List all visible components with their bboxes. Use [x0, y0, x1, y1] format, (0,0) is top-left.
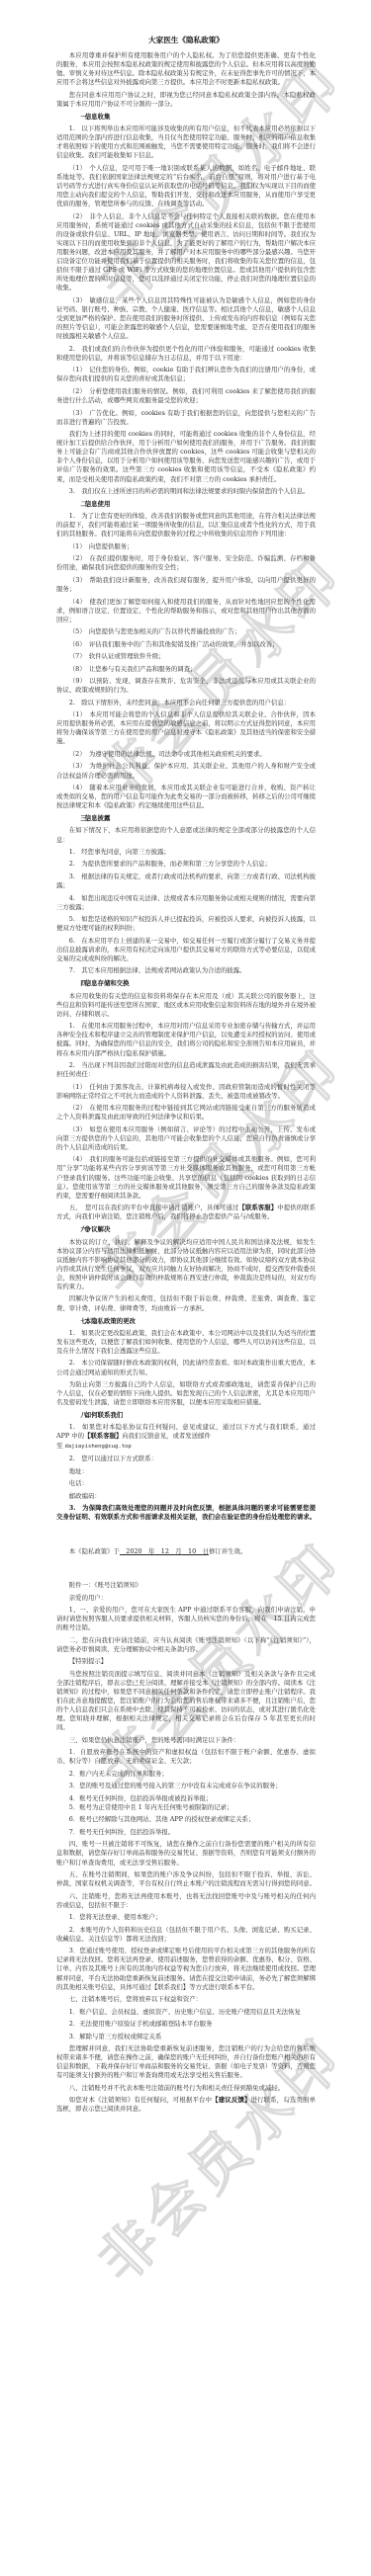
- list-item: （2） 在使用本应用服务的过程中链接到其它网站或因链接受来自第三方的服务所造成之…: [56, 1104, 316, 1122]
- paragraph: （2） 分析您使用我们服务的情况。例如，我们可利用 cookies 来了解您使用…: [56, 387, 316, 405]
- list-item: 6. 在本应用平台上创建的某一交易中，如交易任何一方履行或部分履行了交易义务并提…: [56, 937, 316, 963]
- list-item: 4. 如您出现违反中国有关法律、法规或者本应用服务协议或相关规则的情况，需要向第…: [56, 894, 316, 912]
- paragraph: 三、如果您仍执意注销账户，您的账号需同时满足以下条件：: [56, 1736, 316, 1745]
- document-title: 大家医生《隐私政策》: [56, 36, 316, 45]
- phone-label: 电话：: [56, 1479, 316, 1488]
- email-line: 至 dajiayisheng@cug.top: [56, 1442, 316, 1452]
- list-item: 3．您通过账号使用、授权登录或绑定账号后使用的平台相关或第三方的其他服务的所有记…: [56, 1947, 316, 1991]
- list-item: （4） 我们的服务可能包括或链接至第三方提供的社交媒体或其他服务。例如，您可利用…: [56, 1155, 316, 1200]
- list-item: （2） 为遵守使用的法律法规、司法命令或其他相关政府机关的要求。: [56, 750, 316, 759]
- postcode-label: 邮政编码：: [56, 1492, 316, 1501]
- paragraph: 当您按照注销页面提示填写信息、阅读并同意本《注销须知》及相关条款与条件且完成全部…: [56, 1670, 316, 1733]
- list-item: （3） 为维护社会公共利益，保护本应用、其关联企业、其他用户的人身和财产安全或合…: [56, 762, 316, 780]
- section-heading: 八、如何联系我们: [56, 1411, 316, 1420]
- list-item: （4） 使我们更加了解您如何接入和使用我们的服务，从而针对性地回应您的个性化需求…: [56, 598, 316, 624]
- list-item: （4） 随着本应用业务的发展，本应用或其关联企业有可能进行合并、收购、资产转让或…: [56, 784, 316, 810]
- paragraph: 2. 本公司保留随时修改本政策的权利，因此请经常查看。如对本政策作出重大更改，本…: [56, 1359, 316, 1376]
- paragraph: 2. 除以下情形外，未经您同意，本应用不会向任何第三方提供您的用户信息：: [56, 699, 316, 707]
- intro-paragraph: 您在同意本应用用户协议之时，即视为您已经同意本隐私权政策全部内容。本隐私权政策属…: [56, 91, 316, 109]
- paragraph: 本协议的订立、执行、解释及争议的解决均应适用中国人民共和国法律及法规，如发生本协…: [56, 1238, 316, 1292]
- section-heading: 六、争议解决: [56, 1225, 316, 1234]
- list-item: 3．解除与第三方授权或绑定关系: [56, 2033, 316, 2041]
- paragraph: 二、您在向我们申请注销前，应当认真阅读《账号注销须知》（以下称“《注销须知》”）…: [56, 1636, 316, 1654]
- paragraph: 您理解并同意，我们无法协助您重新恢复前述服务，您注销账户的行为会给您的售后维权带…: [56, 2044, 316, 2080]
- section-heading: 七、本隐私政策的更改: [56, 1317, 316, 1326]
- email-link[interactable]: dajiayisheng@cug.top: [64, 1444, 131, 1450]
- paragraph: 我们为上述目的使用 cookies 的同时，可能将通过 cookies 收集的非…: [56, 430, 316, 484]
- document-page: 大家医生《隐私政策》 本应用尊重并保护所有使用服务用户的个人隐私权。为了给您提供…: [56, 36, 316, 2118]
- feedback-link[interactable]: 【建议反馈】: [212, 2096, 250, 2104]
- paragraph: 1. 在使用本应用服务过程中，本应用对用户信息采用专业加密存储与传输方式，并运用…: [56, 1022, 316, 1057]
- paragraph: 六、注销账号，您将无法再使用本账号，也将无法找回您账号中及与账号相关的任何内容或…: [56, 1892, 316, 1910]
- list-item: 1．自愿放弃账号在系统中的资产和虚拟权益（包括但不限于账户余额、优惠券、虚拟币、…: [56, 1748, 316, 1766]
- paragraph: 七、注销本账号后，您将放弃以下权益和资产：: [56, 1995, 316, 2004]
- paragraph: 本应用收集的有关您的信息和资料将保存在本应用及（或）其关联公司的服务器上，这些信…: [56, 992, 316, 1019]
- paragraph: 2. 当出现下列非因我们过错而对您的信息造成泄露及由此造成的损害结果，我们无需承…: [56, 1061, 316, 1079]
- list-item: 6．账号已经解除与其他网站、其他 APP 的授权登录或绑定关系；: [56, 1815, 316, 1824]
- intro-paragraph: 本应用尊重并保护所有使用服务用户的个人隐私权。为了给您提供更准确、更有个性化的服…: [56, 51, 316, 87]
- list-item: （6） 评估我们服务中的广告和其他促销及推广活动的效果，并加以改善；: [56, 640, 316, 649]
- section-heading: 一、信息收集: [56, 113, 316, 122]
- list-item: （9） 以预防、发现、调查存在欺诈、危害安全、非法或违反与本应用或其关联企业的协…: [56, 677, 316, 695]
- list-item: 2. 为提供您所要求的产品和服务，而必须和第三方分享您的个人信息；: [56, 860, 316, 869]
- list-item: （1） 本应用可能会将您的个人信息和非个人信息提供给其关联企业、合作伙伴，因本应…: [56, 710, 316, 746]
- list-item: 5．账号为正常使用中且 1 年内无任何账号被限制的记录；: [56, 1803, 316, 1812]
- paragraph: 在如下情况下，本应用将依据您的个人意愿或法律的规定全部或部分的披露您的个人信息：: [56, 826, 316, 844]
- list-item: （1） 向您提供服务；: [56, 542, 316, 551]
- paragraph: 3. 我们仅在上述所述目的所必需的期间和法律法规要求的时限内保留您的个人信息。: [56, 487, 316, 496]
- list-item: （5） 向您提供与您更加相关的广告以替代普遍投放的广告；: [56, 627, 316, 636]
- effective-date: 本《隐私政策》于 2020 年 12 月 10 日修订并生效。: [56, 1547, 316, 1556]
- list-item: 1. 经您事先同意，向第三方披露；: [56, 848, 316, 857]
- spacer: [56, 1526, 316, 1547]
- list-item: （1） 任何由于黑客攻击、计算机病毒侵入或发作、因政府管制而造成的暂时性关闭等影…: [56, 1083, 316, 1101]
- spacer: [56, 1559, 316, 1581]
- paragraph: 为防止向第三方披露自己的个人信息，如联络方式或者邮政地址，请您妥善保护自己的个人…: [56, 1380, 316, 1407]
- list-item: （3） 帮助我们设计新服务，改善我们现有服务，提升用户体验，以向用户提供更好的服…: [56, 576, 316, 594]
- list-item: 4．账号无任何纠纷，包括投诉举报或被投诉举报；: [56, 1794, 316, 1803]
- list-item: （7） 软件认证或管理软件升级；: [56, 652, 316, 661]
- section-heading: 四、信息存储和交换: [56, 979, 316, 988]
- list-item: 7．账号无任何纠纷，包括投诉举报。: [56, 1828, 316, 1837]
- appendix-title: 附件一：《账号注销须知》: [56, 1581, 316, 1590]
- list-item: （8） 让您参与有关我们产品和服务的调查；: [56, 665, 316, 674]
- paragraph: 1. 如果您对本隐私协议有任何疑问、意见或建议，通过以下方式与我们联系，通过 A…: [56, 1423, 316, 1441]
- paragraph: 1、一、亲爱的用户，您可在大家医生 APP 中通过联系平台客服，向我们申请注销，…: [56, 1606, 316, 1632]
- paragraph: 1. 以下将列举出本应用所可能涉及收集的所有用户信息，但不代表本应用必然依据以下…: [56, 125, 316, 160]
- section-5-paragraph: 五、 您可以在我们的平台中直接申请注销账户，具体可通过【联系客服】中提供的联系方…: [56, 1204, 316, 1221]
- paragraph: （1） 记住您的身份。例如，cookie 有助于我们辨认您作为我们的注册用户的身…: [56, 366, 316, 383]
- list-item: 3．您的账号及通过您的账号接入的第三方中没有未完成或存在争议的服务；: [56, 1782, 316, 1790]
- paragraph: 八、注销账号并不代表本账号注销前的账号行为和相关责任得到豁免或减轻。: [56, 2084, 316, 2093]
- paragraph: 如您对本《注销须知》有任何疑问，可根据平台中【建议反馈】进行联系，勾选页面单选框…: [56, 2096, 316, 2114]
- list-item: （2） 在我们提供服务时，用于身份验证、客户服务、安全防范、诈骗监测、存档和备份…: [56, 554, 316, 572]
- contact-service-link[interactable]: 【联系客服】: [238, 1204, 277, 1211]
- paragraph: 五、在账号注销期间，如果您的账户涉及争议纠纷，包括但不限于投诉、举报、诉讼、仲裁…: [56, 1870, 316, 1888]
- paragraph: （3） 敏感信息，某些个人信息因其特殊性可能被认为是敏感个人信息，例如您的身份证…: [56, 296, 316, 341]
- contact-service-link[interactable]: 【联系客服】: [84, 1432, 122, 1440]
- paragraph: 四、账号一旦被注销将不可恢复，请您在操作之前自行备份您需要的账户相关的所有信息和…: [56, 1840, 316, 1867]
- paragraph: 1. 为了让您有更好的体验、改善我们的服务或您同意的其他用途，在符合相关法律法规…: [56, 512, 316, 539]
- section-heading: 三、信息披露: [56, 814, 316, 823]
- special-notice-title: 【特别提示】: [56, 1657, 316, 1666]
- list-item: 2．无法使用账户原验证手机或邮箱登陆本平台服务: [56, 2020, 316, 2029]
- paragraph: 3. 为保障我们高效处理您的问题并及时向您反馈，根据具体问题的要求可能需要您提交…: [56, 1504, 316, 1522]
- list-item: （3） 如您在使用本应用服务（例如留言、评论等）的过程中主动公开、上传、发布或向…: [56, 1125, 316, 1152]
- address-label: 地址：: [56, 1467, 316, 1476]
- list-item: 2．账户内无未完成的订单和服务；: [56, 1770, 316, 1779]
- paragraph: 2. 我们或我们的合作伙伴为提供更个性化的用户体验和服务，可能通过 cookie…: [56, 345, 316, 363]
- list-item: 1．账户信息、会员权益、虚拟资产、历史账户信息、历史账户使用信息且无法恢复: [56, 2008, 316, 2017]
- paragraph: （2） 非个人信息，非个人信息是不会与任何特定个人直接相关联的数据。您在使用本应…: [56, 212, 316, 293]
- paragraph: （3） 广告优化。例如，cookies 有助于我们根据您的信息，向您提供与您相关…: [56, 409, 316, 427]
- paragraph: （1） 个人信息，是可用于唯一地识别或联系某人的数据，如姓名、电子邮件地址、联系…: [56, 164, 316, 208]
- paragraph: 2. 您可以通过以下方式联系：: [56, 1454, 316, 1463]
- list-item: 7. 其它本应用根据法律、法规或者网站政策认为合适的披露。: [56, 966, 316, 975]
- list-item: 2．本账号的个人资料和历史信息（包括但不限于用户名、头像、浏览记录、购买记录、收…: [56, 1926, 316, 1944]
- appendix-greeting: 亲爱的用户：: [56, 1594, 316, 1603]
- paragraph: 因解决争议所产生的相关费用，包括但不限于诉讼费、仲裁费、差旅费、调查费、鉴定费、…: [56, 1294, 316, 1312]
- list-item: 3. 根据法律的有关规定，或者行政或司法机构的要求，向第三方或者行政、司法机构披…: [56, 873, 316, 890]
- list-item: 5. 如您是适格的知识产权投诉人并已提起投诉，应被投诉人要求，向被投诉人披露，以…: [56, 915, 316, 933]
- section-heading: 二、信息使用: [56, 500, 316, 509]
- list-item: 1．您将无法登录、使用本账户；: [56, 1913, 316, 1922]
- paragraph: 1. 如果决定更改隐私政策，我们会在本政策中、本公司网站中以及我们认为适当的位置…: [56, 1329, 316, 1356]
